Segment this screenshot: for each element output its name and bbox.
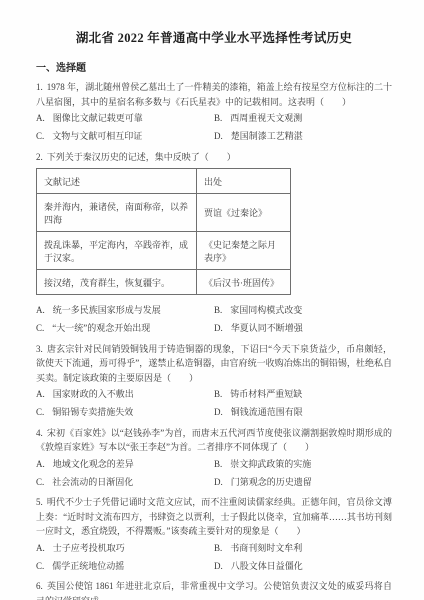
- table-header-cell: 文献记述: [37, 169, 197, 194]
- question-options: A.士子应考投机取巧 B.书商刊刻时文牟利 C.儒学正统地位动摇 D.八股文体日…: [36, 542, 392, 574]
- option-label: C.: [36, 322, 44, 336]
- option-label: C.: [36, 406, 44, 420]
- option-c: C.“大一统”的观念开始出现: [36, 322, 214, 336]
- option-label: B.: [214, 458, 222, 472]
- question-options: A.统一多民族国家形成与发展 B.家国同构模式改变 C.“大一统”的观念开始出现…: [36, 304, 392, 336]
- option-a: A.地域文化观念的差异: [36, 458, 214, 472]
- question-options: A.国家财政的入不敷出 B.铸币材料严重短缺 C.铜铅锡专卖措施失效 D.铜钱流…: [36, 388, 392, 420]
- option-a: A.国家财政的入不敷出: [36, 388, 214, 402]
- option-label: A.: [36, 458, 45, 472]
- option-b: B.西周重视天文观测: [214, 112, 392, 126]
- option-text: 铜铅锡专卖措施失效: [52, 406, 133, 420]
- option-d: D.门第观念的历史遗留: [214, 476, 392, 490]
- question-stem-text: 宋初《百家姓》以“赵钱孙李”为首，而唐末五代河西节度使张议潮割据敦煌时期形成的《…: [36, 428, 392, 453]
- question-stem: 2.下列关于秦汉历史的记述，集中反映了（ ）: [36, 150, 392, 165]
- question-5: 5.明代不少士子凭借记诵时文范文应试，而不注重阅读儒家经典。正德年间，官员徐文溥…: [36, 495, 392, 573]
- option-label: C.: [36, 560, 44, 574]
- question-stem: 5.明代不少士子凭借记诵时文范文应试，而不注重阅读儒家经典。正德年间，官员徐文溥…: [36, 495, 392, 539]
- question-number: 2.: [36, 152, 43, 162]
- option-text: 华夏认同不断增强: [231, 322, 303, 336]
- table-row: 拨乱诛暴，平定海内，卒践帝祚，成于汉家。 《史记秦楚之际月表序》: [37, 232, 291, 270]
- option-label: A.: [36, 304, 45, 318]
- table-cell: 《后汉书·班固传》: [197, 270, 291, 295]
- table-cell: 贾谊《过秦论》: [197, 194, 291, 232]
- option-text: 家国同构模式改变: [230, 304, 302, 318]
- option-label: B.: [214, 112, 222, 126]
- question-number: 6.: [36, 581, 43, 591]
- option-label: D.: [214, 560, 223, 574]
- option-c: C.文物与文献可相互印证: [36, 130, 214, 144]
- option-a: A.图像比文献记载更可靠: [36, 112, 214, 126]
- option-d: D.铜钱流通范围有限: [214, 406, 392, 420]
- option-label: A.: [36, 112, 45, 126]
- option-b: B.铸币材料严重短缺: [214, 388, 392, 402]
- option-text: 楚国制漆工艺精湛: [231, 130, 303, 144]
- table-cell: 秦并海内，兼诸侯，南面称帝，以养四海: [37, 194, 197, 232]
- question-stem-text: 唐玄宗针对民间销毁铜钱用于铸造铜器的现象，下诏曰“今天下泉货益少，币帛颇轻，欲使…: [36, 344, 392, 383]
- option-b: B.崇文抑武政策的实施: [214, 458, 392, 472]
- option-b: B.家国同构模式改变: [214, 304, 392, 318]
- option-text: 书商刊刻时文牟利: [230, 542, 302, 556]
- option-c: C.铜铅锡专卖措施失效: [36, 406, 214, 420]
- option-text: 铸币材料严重短缺: [230, 388, 302, 402]
- question-stem-text: 英国公使馆 1861 年进驻北京后，非常重视中文学习。公使馆负责汉文处的威妥玛将…: [36, 581, 392, 600]
- option-text: 西周重视天文观测: [230, 112, 302, 126]
- option-c: C.儒学正统地位动摇: [36, 560, 214, 574]
- option-label: A.: [36, 388, 45, 402]
- question-3: 3.唐玄宗针对民间销毁铜钱用于铸造铜器的现象，下诏曰“今天下泉货益少，币帛颇轻，…: [36, 342, 392, 420]
- question-stem-text: 1978 年，湖北随州曾侯乙墓出土了一件精美的漆箱，箱盖上绘有按星空方位标注的二…: [36, 82, 392, 107]
- option-text: 国家财政的入不敷出: [53, 388, 134, 402]
- option-text: 士子应考投机取巧: [53, 542, 125, 556]
- table-row: 接汉绪，茂育群生，恢复疆宇。 《后汉书·班固传》: [37, 270, 291, 295]
- question-stem: 3.唐玄宗针对民间销毁铜钱用于铸造铜器的现象，下诏曰“今天下泉货益少，币帛颇轻，…: [36, 342, 392, 386]
- option-label: D.: [214, 406, 223, 420]
- table-row: 秦并海内，兼诸侯，南面称帝，以养四海 贾谊《过秦论》: [37, 194, 291, 232]
- option-text: 门第观念的历史遗留: [231, 476, 312, 490]
- option-d: D.楚国制漆工艺精湛: [214, 130, 392, 144]
- table-header-row: 文献记述 出处: [37, 169, 291, 194]
- question-2: 2.下列关于秦汉历史的记述，集中反映了（ ） 文献记述 出处 秦并海内，兼诸侯，…: [36, 150, 392, 336]
- table-cell: 接汉绪，茂育群生，恢复疆宇。: [37, 270, 197, 295]
- option-text: 图像比文献记载更可靠: [53, 112, 143, 126]
- option-label: B.: [214, 542, 222, 556]
- section-heading: 一、选择题: [36, 59, 392, 74]
- question-number: 1.: [36, 82, 43, 92]
- question-6: 6.英国公使馆 1861 年进驻北京后，非常重视中文学习。公使馆负责汉文处的威妥…: [36, 579, 392, 600]
- question-number: 5.: [36, 497, 43, 507]
- option-text: 崇文抑武政策的实施: [230, 458, 311, 472]
- sources-table: 文献记述 出处 秦并海内，兼诸侯，南面称帝，以养四海 贾谊《过秦论》 拨乱诛暴，…: [36, 168, 291, 295]
- option-b: B.书商刊刻时文牟利: [214, 542, 392, 556]
- option-text: 儒学正统地位动摇: [52, 560, 124, 574]
- question-number: 3.: [36, 344, 43, 354]
- question-stem: 6.英国公使馆 1861 年进驻北京后，非常重视中文学习。公使馆负责汉文处的威妥…: [36, 579, 392, 600]
- option-text: 八股文体日益僵化: [231, 560, 303, 574]
- question-stem: 1.1978 年，湖北随州曾侯乙墓出土了一件精美的漆箱，箱盖上绘有按星空方位标注…: [36, 80, 392, 109]
- option-label: C.: [36, 130, 44, 144]
- option-a: A.士子应考投机取巧: [36, 542, 214, 556]
- question-1: 1.1978 年，湖北随州曾侯乙墓出土了一件精美的漆箱，箱盖上绘有按星空方位标注…: [36, 80, 392, 144]
- option-text: “大一统”的观念开始出现: [52, 322, 150, 336]
- option-a: A.统一多民族国家形成与发展: [36, 304, 214, 318]
- option-label: D.: [214, 130, 223, 144]
- option-label: C.: [36, 476, 44, 490]
- option-label: B.: [214, 388, 222, 402]
- option-text: 文物与文献可相互印证: [52, 130, 142, 144]
- table-header-cell: 出处: [197, 169, 291, 194]
- question-stem: 4.宋初《百家姓》以“赵钱孙李”为首，而唐末五代河西节度使张议潮割据敦煌时期形成…: [36, 426, 392, 455]
- table-cell: 《史记秦楚之际月表序》: [197, 232, 291, 270]
- option-label: D.: [214, 476, 223, 490]
- option-label: D.: [214, 322, 223, 336]
- exam-page: 湖北省 2022 年普通高中学业水平选择性考试历史 一、选择题 1.1978 年…: [0, 0, 424, 600]
- question-number: 4.: [36, 428, 43, 438]
- option-text: 统一多民族国家形成与发展: [53, 304, 161, 318]
- option-c: C.社会流动的日渐固化: [36, 476, 214, 490]
- question-stem-text: 明代不少士子凭借记诵时文范文应试，而不注重阅读儒家经典。正德年间，官员徐文溥上奏…: [36, 497, 392, 536]
- question-stem-text: 下列关于秦汉历史的记述，集中反映了（ ）: [47, 152, 236, 162]
- question-options: A.地域文化观念的差异 B.崇文抑武政策的实施 C.社会流动的日渐固化 D.门第…: [36, 458, 392, 490]
- question-4: 4.宋初《百家姓》以“赵钱孙李”为首，而唐末五代河西节度使张议潮割据敦煌时期形成…: [36, 426, 392, 490]
- option-d: D.八股文体日益僵化: [214, 560, 392, 574]
- option-label: B.: [214, 304, 222, 318]
- option-label: A.: [36, 542, 45, 556]
- page-title: 湖北省 2022 年普通高中学业水平选择性考试历史: [36, 28, 392, 46]
- option-text: 社会流动的日渐固化: [52, 476, 133, 490]
- option-text: 地域文化观念的差异: [53, 458, 134, 472]
- option-d: D.华夏认同不断增强: [214, 322, 392, 336]
- question-options: A.图像比文献记载更可靠 B.西周重视天文观测 C.文物与文献可相互印证 D.楚…: [36, 112, 392, 144]
- option-text: 铜钱流通范围有限: [231, 406, 303, 420]
- table-cell: 拨乱诛暴，平定海内，卒践帝祚，成于汉家。: [37, 232, 197, 270]
